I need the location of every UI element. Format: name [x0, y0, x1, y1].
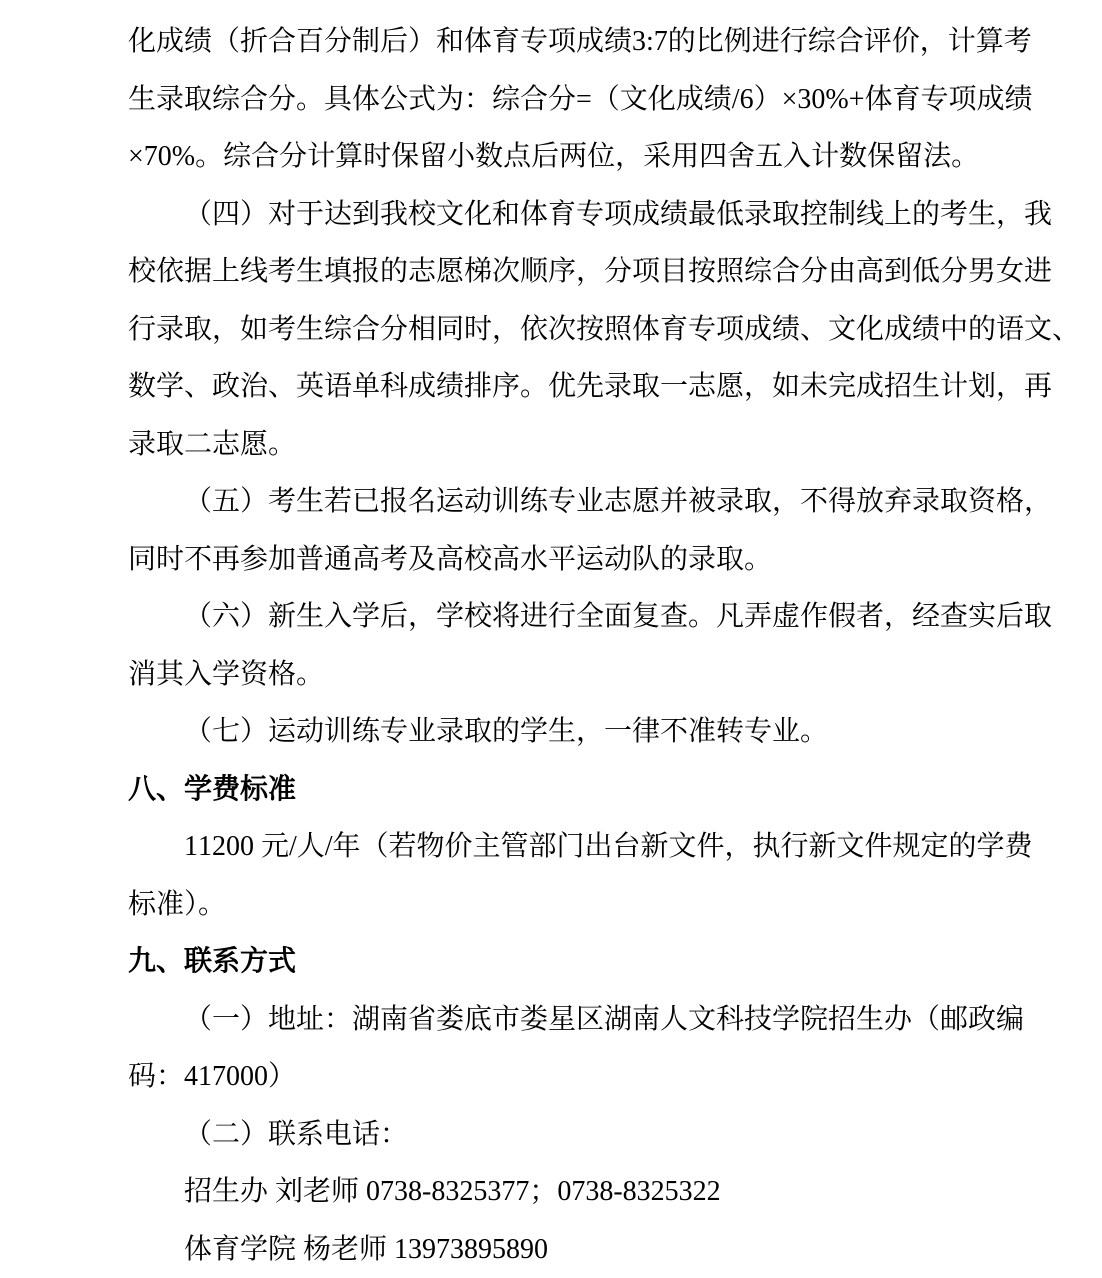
- section-heading-contact-info: 九、联系方式: [128, 933, 1102, 991]
- doc-line: 标准）。: [128, 876, 1102, 934]
- document-body: 化成绩（折合百分制后）和体育专项成绩3:7的比例进行综合评价，计算考 生录取综合…: [128, 13, 1102, 1278]
- contact-phone-sports-college: 体育学院 杨老师 13973895890: [128, 1221, 1102, 1278]
- section-heading-tuition-standard: 八、学费标准: [128, 761, 1102, 819]
- doc-line-item-five: （五）考生若已报名运动训练专业志愿并被录取，不得放弃录取资格，: [128, 473, 1102, 531]
- document-page: { "colors": { "background": "#ffffff", "…: [0, 0, 1102, 1278]
- doc-line-item-seven: （七）运动训练专业录取的学生，一律不准转专业。: [128, 703, 1102, 761]
- contact-address-line: （一）地址：湖南省娄底市娄星区湖南人文科技学院招生办（邮政编: [128, 991, 1102, 1049]
- contact-phone-admissions-office: 招生办 刘老师 0738-8325377；0738-8325322: [128, 1163, 1102, 1221]
- doc-line: 消其入学资格。: [128, 646, 1102, 704]
- doc-line: 行录取，如考生综合分相同时，依次按照体育专项成绩、文化成绩中的语文、: [128, 301, 1102, 359]
- doc-line: 生录取综合分。具体公式为：综合分=（文化成绩/6）×30%+体育专项成绩: [128, 71, 1102, 129]
- contact-phone-heading: （二）联系电话：: [128, 1106, 1102, 1164]
- doc-line-item-four: （四）对于达到我校文化和体育专项成绩最低录取控制线上的考生，我: [128, 186, 1102, 244]
- doc-line: 录取二志愿。: [128, 416, 1102, 474]
- tuition-fee-line: 11200 元/人/年（若物价主管部门出台新文件，执行新文件规定的学费: [128, 818, 1102, 876]
- doc-line: 同时不再参加普通高考及高校高水平运动队的录取。: [128, 531, 1102, 589]
- doc-line: 数学、政治、英语单科成绩排序。优先录取一志愿，如未完成招生计划，再: [128, 358, 1102, 416]
- doc-line: 校依据上线考生填报的志愿梯次顺序，分项目按照综合分由高到低分男女进: [128, 243, 1102, 301]
- postal-code-line: 码：417000）: [128, 1048, 1102, 1106]
- doc-line: ×70%。综合分计算时保留小数点后两位，采用四舍五入计数保留法。: [128, 128, 1102, 186]
- doc-line-item-six: （六）新生入学后，学校将进行全面复查。凡弄虚作假者，经查实后取: [128, 588, 1102, 646]
- doc-line: 化成绩（折合百分制后）和体育专项成绩3:7的比例进行综合评价，计算考: [128, 13, 1102, 71]
